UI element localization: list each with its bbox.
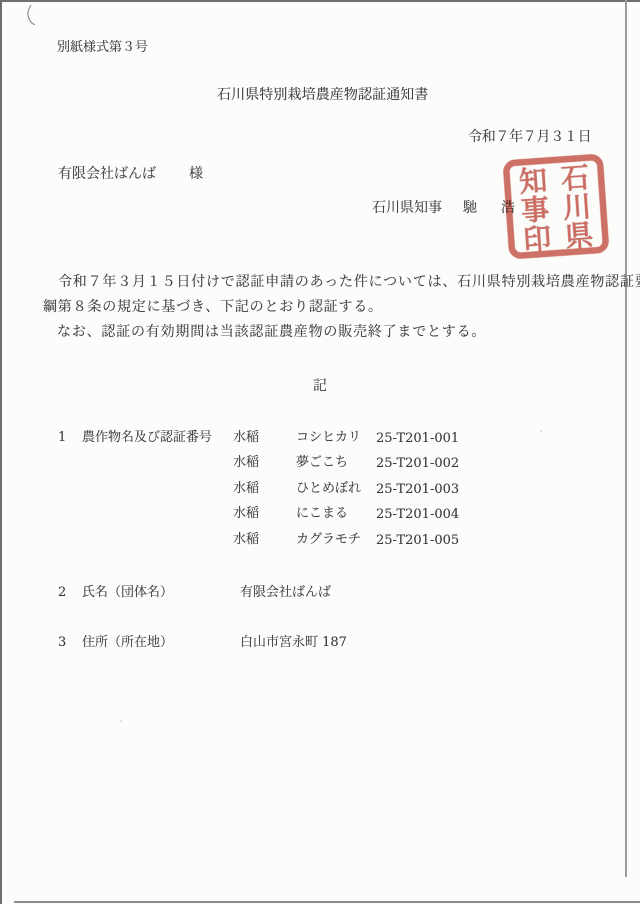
scan-scratch-mark <box>22 3 42 29</box>
cert-number: 25-T201-005 <box>376 534 459 549</box>
variety-name: カグラモチ <box>296 533 361 548</box>
cert-number: 25-T201-002 <box>376 457 459 472</box>
cert-number: 25-T201-003 <box>376 483 459 498</box>
governor-seal-image: 石 川 県 知 事 印 <box>502 153 611 261</box>
document-title: 石川県特別栽培農産物認証通知書 <box>217 87 429 103</box>
crop-name: 水稲 <box>233 431 259 446</box>
item-number: 1 <box>58 431 66 446</box>
seal-char: 県 <box>564 219 594 254</box>
body-line-2: 綱第８条の規定に基づき、下記のとおり認証する。 <box>43 299 383 315</box>
scanned-document-page: 別紙様式第３号 石川県特別栽培農産物認証通知書 令和７年７月３１日 有限会社ばん… <box>0 0 640 904</box>
address-section-label: 住所（所在地） <box>82 636 173 651</box>
variety-name: ひとめぼれ <box>296 482 361 497</box>
issuer-surname: 馳 <box>463 200 477 216</box>
recipient-honorific: 様 <box>189 166 203 182</box>
issue-date: 令和７年７月３１日 <box>468 129 591 145</box>
crop-name: 水稲 <box>233 482 259 497</box>
issuer-line: 石川県知事馳浩 <box>372 200 515 216</box>
variety-name: コシヒカリ <box>296 431 361 446</box>
scan-speck <box>120 720 122 722</box>
form-number: 別紙様式第３号 <box>57 41 148 56</box>
seal-char: 印 <box>522 221 552 256</box>
body-line-1: 令和７年３月１５日付けで認証申請のあった件については、石川県特別栽培農産物認証要 <box>58 274 640 290</box>
scan-border-top <box>0 0 640 2</box>
cert-number: 25-T201-001 <box>376 432 459 447</box>
body-line-3: なお、認証の有効期間は当該認証農産物の販売終了までとする。 <box>57 324 486 340</box>
name-section-number: 2 <box>58 586 66 601</box>
scan-border-bottom <box>14 901 640 903</box>
address-section-value: 白山市宮永町 187 <box>240 636 347 651</box>
recipient-line: 有限会社ばんば様 <box>58 166 203 182</box>
name-section-value: 有限会社ばんば <box>240 586 331 601</box>
issuer-title: 石川県知事 <box>372 200 442 216</box>
address-section-number: 3 <box>58 636 66 651</box>
item-label: 農作物名及び認証番号 <box>82 431 212 446</box>
variety-name: 夢ごこち <box>296 456 348 471</box>
cert-number: 25-T201-004 <box>376 508 459 523</box>
crop-name: 水稲 <box>233 456 259 471</box>
variety-name: にこまる <box>296 507 348 522</box>
scan-speck <box>540 430 542 432</box>
crop-name: 水稲 <box>233 507 259 522</box>
crop-name: 水稲 <box>233 533 259 548</box>
ki-heading: 記 <box>0 378 640 394</box>
name-section-label: 氏名（団体名） <box>82 586 173 601</box>
scan-border-left <box>0 0 2 904</box>
scan-border-right <box>625 0 627 877</box>
recipient-name: 有限会社ばんば <box>58 166 156 182</box>
governor-seal: 石 川 県 知 事 印 <box>502 153 611 261</box>
